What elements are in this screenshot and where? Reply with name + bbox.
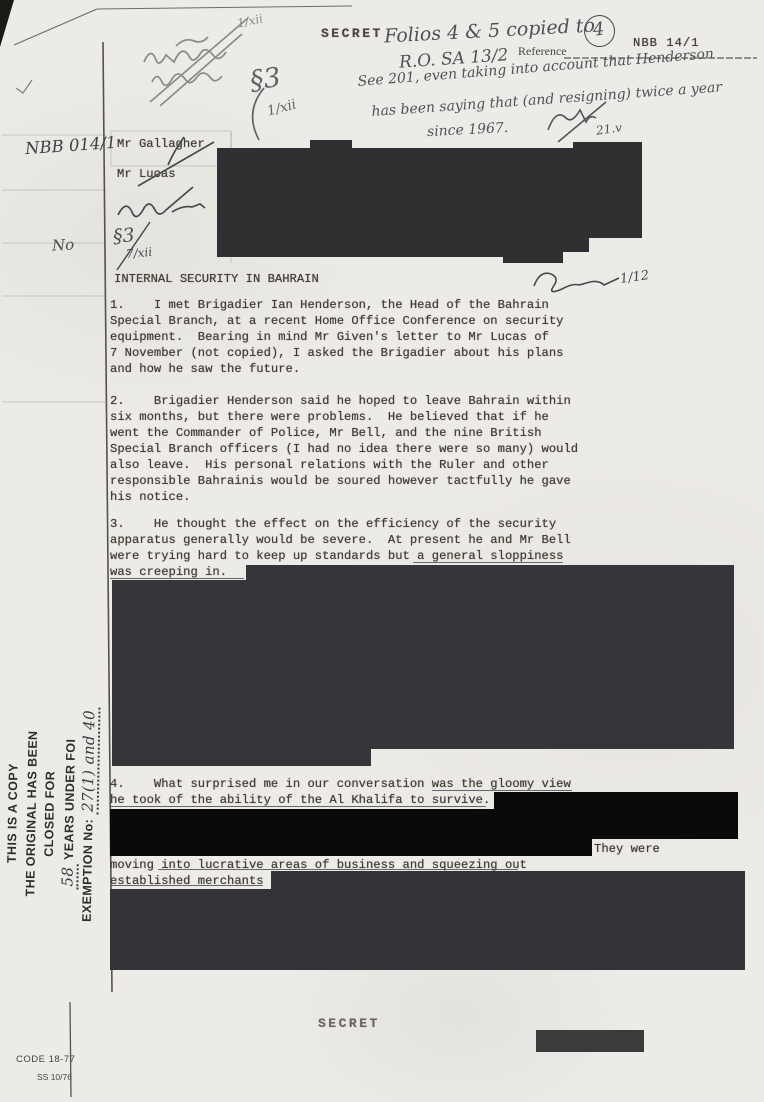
foi-closure-stamp: THIS IS A COPY THE ORIGINAL HAS BEEN CLO… — [6, 678, 102, 948]
redaction-block-1 — [217, 140, 642, 263]
foi-line-5: EXEMPTION No: 27(1) and 40 — [76, 679, 100, 949]
foi-exemption-handwritten: 27(1) and 40 — [79, 707, 101, 815]
redaction-block-2 — [112, 565, 734, 766]
foi-line-4-text: YEARS UNDER FOI — [61, 739, 77, 861]
redaction-block-4 — [110, 871, 745, 970]
redaction-layer — [0, 0, 764, 1102]
secret-stamp-bottom: SECRET — [318, 1016, 380, 1031]
footer-code: CODE 18-77 — [16, 1054, 75, 1065]
foi-line-5-text: EXEMPTION No: — [80, 819, 96, 922]
scanned-document-page: SECRET Reference NBB 14/1 4 Folios 4 & 5… — [0, 0, 764, 1102]
foi-years-handwritten: 58 — [58, 863, 78, 889]
redaction-block-3 — [110, 792, 738, 856]
redaction-block-footer — [536, 1030, 644, 1052]
footer-form-number: SS 10/76 — [37, 1072, 72, 1082]
